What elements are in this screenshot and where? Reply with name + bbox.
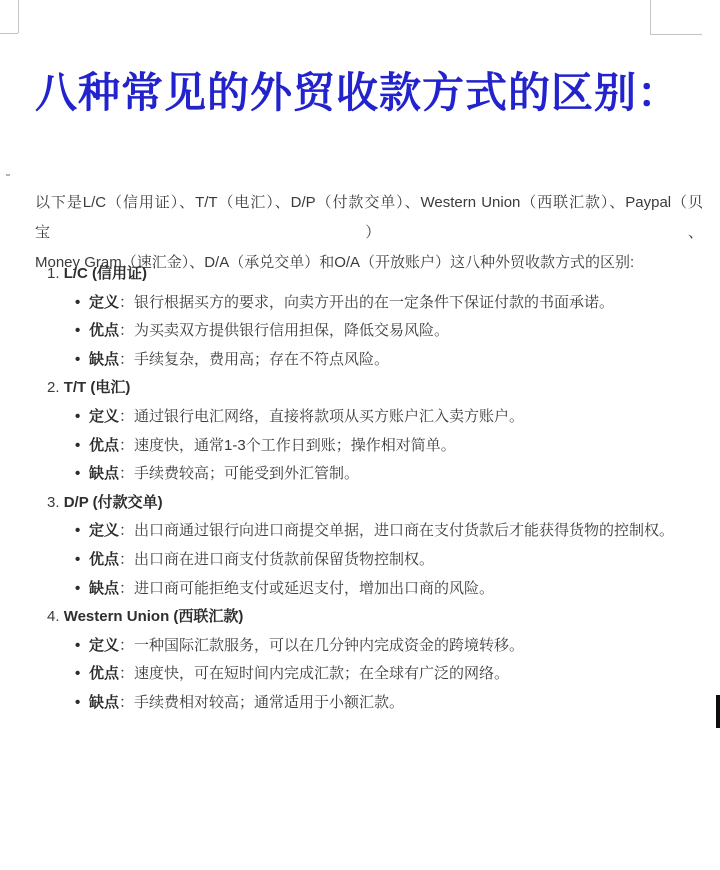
bullet-icon: • [75,546,80,575]
item-label: 缺点 [89,580,119,597]
bullet-item: •缺点：手续费相对较高；通常适用于小额汇款。 [47,689,707,718]
item-label: 优点 [89,322,119,339]
scrollbar-thumb[interactable] [716,695,720,728]
bullet-item: •缺点：手续复杂，费用高；存在不符点风险。 [47,346,707,375]
intro-line: 以下是L/C（信用证）、T/T（电汇）、D/P（付款交单）、Western Un… [35,188,703,248]
item-text: 手续复杂，费用高；存在不符点风险。 [134,351,389,368]
bullet-item: •优点：速度快，可在短时间内完成汇款；在全球有广泛的网络。 [47,660,707,689]
item-separator: ： [119,637,134,654]
item-label: 优点 [89,551,119,568]
section-number: 4. [47,608,64,625]
margin-corner-mark-top-left-horizontal [0,33,18,34]
item-text: 通过银行电汇网络，直接将款项从买方账户汇入卖方账户。 [134,408,524,425]
item-label: 定义 [89,522,119,539]
item-label: 定义 [89,294,119,311]
section-header: 1. L/C (信用证) [47,260,707,289]
bullet-icon: • [75,517,80,546]
section-number: 2. [47,379,64,396]
bullet-icon: • [75,317,80,346]
item-label: 优点 [89,437,119,454]
section-header: 4. Western Union (西联汇款) [47,603,707,632]
section-name-annotation: (西联汇款) [173,608,243,625]
document-page: 八种常见的外贸收款方式的区别： 以下是L/C（信用证）、T/T（电汇）、D/P（… [0,0,720,870]
item-text: 进口商可能拒绝支付或延迟支付，增加出口商的风险。 [134,580,494,597]
item-text: 手续费较高；可能受到外汇管制。 [134,465,359,482]
item-text: 速度快，通常1-3个工作日到账；操作相对简单。 [134,437,456,454]
section-name-annotation: (信用证) [92,265,147,282]
bullet-item: •定义：通过银行电汇网络，直接将款项从买方账户汇入卖方账户。 [47,403,707,432]
margin-corner-mark-top-right-horizontal [650,34,702,35]
section-name: L/C [64,265,92,282]
section-name-annotation: (付款交单) [93,494,163,511]
bullet-icon: • [75,460,80,489]
item-label: 缺点 [89,465,119,482]
stray-mark [6,174,10,176]
bullet-icon: • [75,289,80,318]
section-number: 3. [47,494,64,511]
bullet-item: •定义：银行根据买方的要求，向卖方开出的在一定条件下保证付款的书面承诺。 [47,289,707,318]
bullet-icon: • [75,346,80,375]
item-text: 出口商在进口商支付货款前保留货物控制权。 [134,551,434,568]
bullet-icon: • [75,632,80,661]
bullet-icon: • [75,575,80,604]
item-label: 缺点 [89,351,119,368]
item-label: 定义 [89,408,119,425]
section-name: T/T [64,379,91,396]
item-separator: ： [119,551,134,568]
margin-corner-mark-top-right-vertical [650,0,651,34]
bullet-item: •优点：速度快，通常1-3个工作日到账；操作相对简单。 [47,432,707,461]
bullet-icon: • [75,660,80,689]
bullet-item: •定义：出口商通过银行向进口商提交单据，进口商在支付货款后才能获得货物的控制权。 [47,517,707,546]
item-text: 一种国际汇款服务，可以在几分钟内完成资金的跨境转移。 [134,637,524,654]
item-separator: ： [119,665,134,682]
item-separator: ： [119,522,134,539]
bullet-icon: • [75,432,80,461]
item-text: 为买卖双方提供银行信用担保，降低交易风险。 [134,322,449,339]
section-name-annotation: (电汇) [90,379,130,396]
item-separator: ： [119,580,134,597]
item-text: 速度快，可在短时间内完成汇款；在全球有广泛的网络。 [134,665,509,682]
item-text: 手续费相对较高；通常适用于小额汇款。 [134,694,404,711]
section-name: D/P [64,494,93,511]
item-separator: ： [119,351,134,368]
payment-methods-list: 1. L/C (信用证)•定义：银行根据买方的要求，向卖方开出的在一定条件下保证… [47,260,707,718]
bullet-item: •优点：出口商在进口商支付货款前保留货物控制权。 [47,546,707,575]
item-label: 优点 [89,665,119,682]
section-number: 1. [47,265,64,282]
item-separator: ： [119,408,134,425]
item-separator: ： [119,465,134,482]
section-name: Western Union [64,608,174,625]
margin-corner-mark-top-left-vertical [18,0,19,33]
item-separator: ： [119,437,134,454]
bullet-item: •缺点：手续费较高；可能受到外汇管制。 [47,460,707,489]
section-header: 2. T/T (电汇) [47,374,707,403]
bullet-item: •优点：为买卖双方提供银行信用担保，降低交易风险。 [47,317,707,346]
bullet-item: •缺点：进口商可能拒绝支付或延迟支付，增加出口商的风险。 [47,575,707,604]
item-label: 定义 [89,637,119,654]
section-header: 3. D/P (付款交单) [47,489,707,518]
item-text: 出口商通过银行向进口商提交单据，进口商在支付货款后才能获得货物的控制权。 [134,522,674,539]
item-separator: ： [119,322,134,339]
item-separator: ： [119,294,134,311]
item-text: 银行根据买方的要求，向卖方开出的在一定条件下保证付款的书面承诺。 [134,294,614,311]
bullet-icon: • [75,689,80,718]
item-separator: ： [119,694,134,711]
page-title: 八种常见的外贸收款方式的区别： [35,68,680,121]
bullet-icon: • [75,403,80,432]
item-label: 缺点 [89,694,119,711]
bullet-item: •定义：一种国际汇款服务，可以在几分钟内完成资金的跨境转移。 [47,632,707,661]
